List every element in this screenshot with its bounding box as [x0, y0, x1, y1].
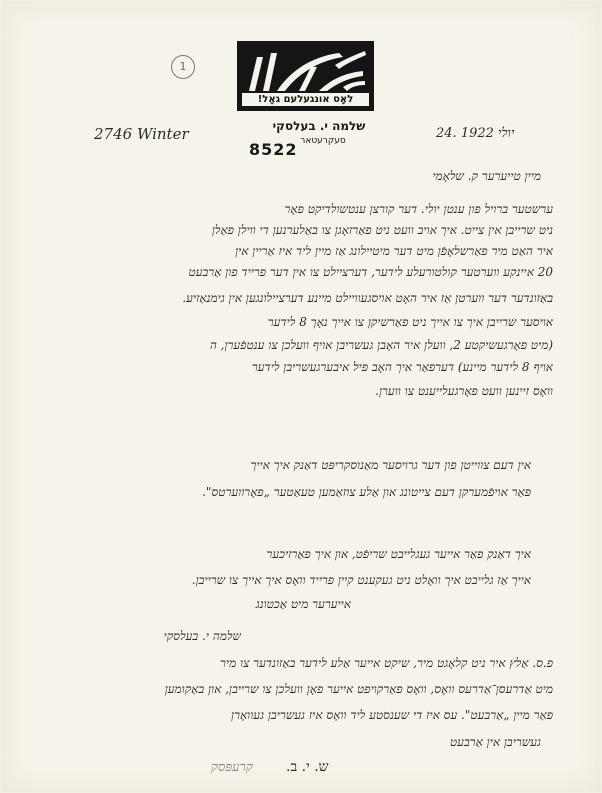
postscript-line: געשריבן אין אַרבעט — [361, 735, 541, 749]
body-line: פאַר אויפֿמערקן דעם צייטונג און אַלע צוז… — [21, 485, 531, 499]
postscript-line: פאַר מיין „אַרבעט". עס איז די שענסטע ליד… — [33, 708, 553, 722]
postscript-line: מיט אַדרעסן־אַדרעס וואָס, וואָס פאַרקויפ… — [33, 682, 553, 696]
salutation: מיין טייערער ק. שלאָמי — [301, 169, 541, 183]
body-line: (מיט פאָרגעשיקטע 2, וועלן איר האָבן געשר… — [33, 338, 553, 352]
pencil-note: קרעפּסק — [211, 759, 253, 775]
body-line: איך דאַנק פאַר אייער געגלייבט שריפֿט, או… — [21, 547, 531, 561]
signature-line: שלמה י. בעלסקי — [121, 629, 241, 643]
letterhead-number: 8522 — [249, 140, 298, 159]
body-line: וואָס זיינען וועט פאָרגעלייענט צו ווערן. — [213, 384, 553, 398]
postscript-line: פ.ס. אַלץ איר ניט קלאָגט מיר, שיקט אייער… — [33, 656, 553, 670]
body-line: ניט שרייבן אין צייט. איך אויב וועט ניט פ… — [33, 223, 553, 237]
letterhead-logo: לאָס אונגעלעם גאָל! — [237, 41, 374, 111]
body-line: אין דעם צווייטן פון דער גרויסער מאַנוסקר… — [61, 458, 531, 472]
body-line: 20 איינקע ווערטער קולטורעלע לידער, דערצי… — [33, 265, 553, 279]
body-line: אויסער שרייבן איך צו אייך ניט פאַרשיקן צ… — [43, 315, 553, 329]
body-line: ערשטער ברויל פון ענטן יולי. דער קורצן ענ… — [93, 202, 553, 216]
signature-initials: ש. י. ב. — [286, 759, 329, 776]
page-number-marker: 1 — [171, 55, 195, 79]
body-line: איר האַט מיר פאַרשלאָפֿן מיט דער מיטיילו… — [33, 244, 553, 258]
letter-page: 1 לאָס אונגעלעם גאָל! שלמה י. בעלסקי סעק… — [1, 1, 601, 792]
body-line: אייך אַז גלייבט איך וואָלט ניט געקענט קי… — [11, 573, 531, 587]
body-line: אויף 8 לידער מיינע) דערפאַר איך האָב פיל… — [33, 360, 553, 374]
logo-caption: לאָס אונגעלעם גאָל! — [242, 93, 369, 106]
body-line: באַזונדער דער ווערטן אַז איר האָט אויסגע… — [73, 291, 553, 305]
letterhead-name: שלמה י. בעלסקי — [259, 119, 379, 133]
body-line: אייערער מיט אַכטונג — [201, 597, 351, 611]
letter-date: 24. יולי 1922 — [436, 125, 514, 141]
sender-address: 2746 Winter — [94, 125, 189, 143]
